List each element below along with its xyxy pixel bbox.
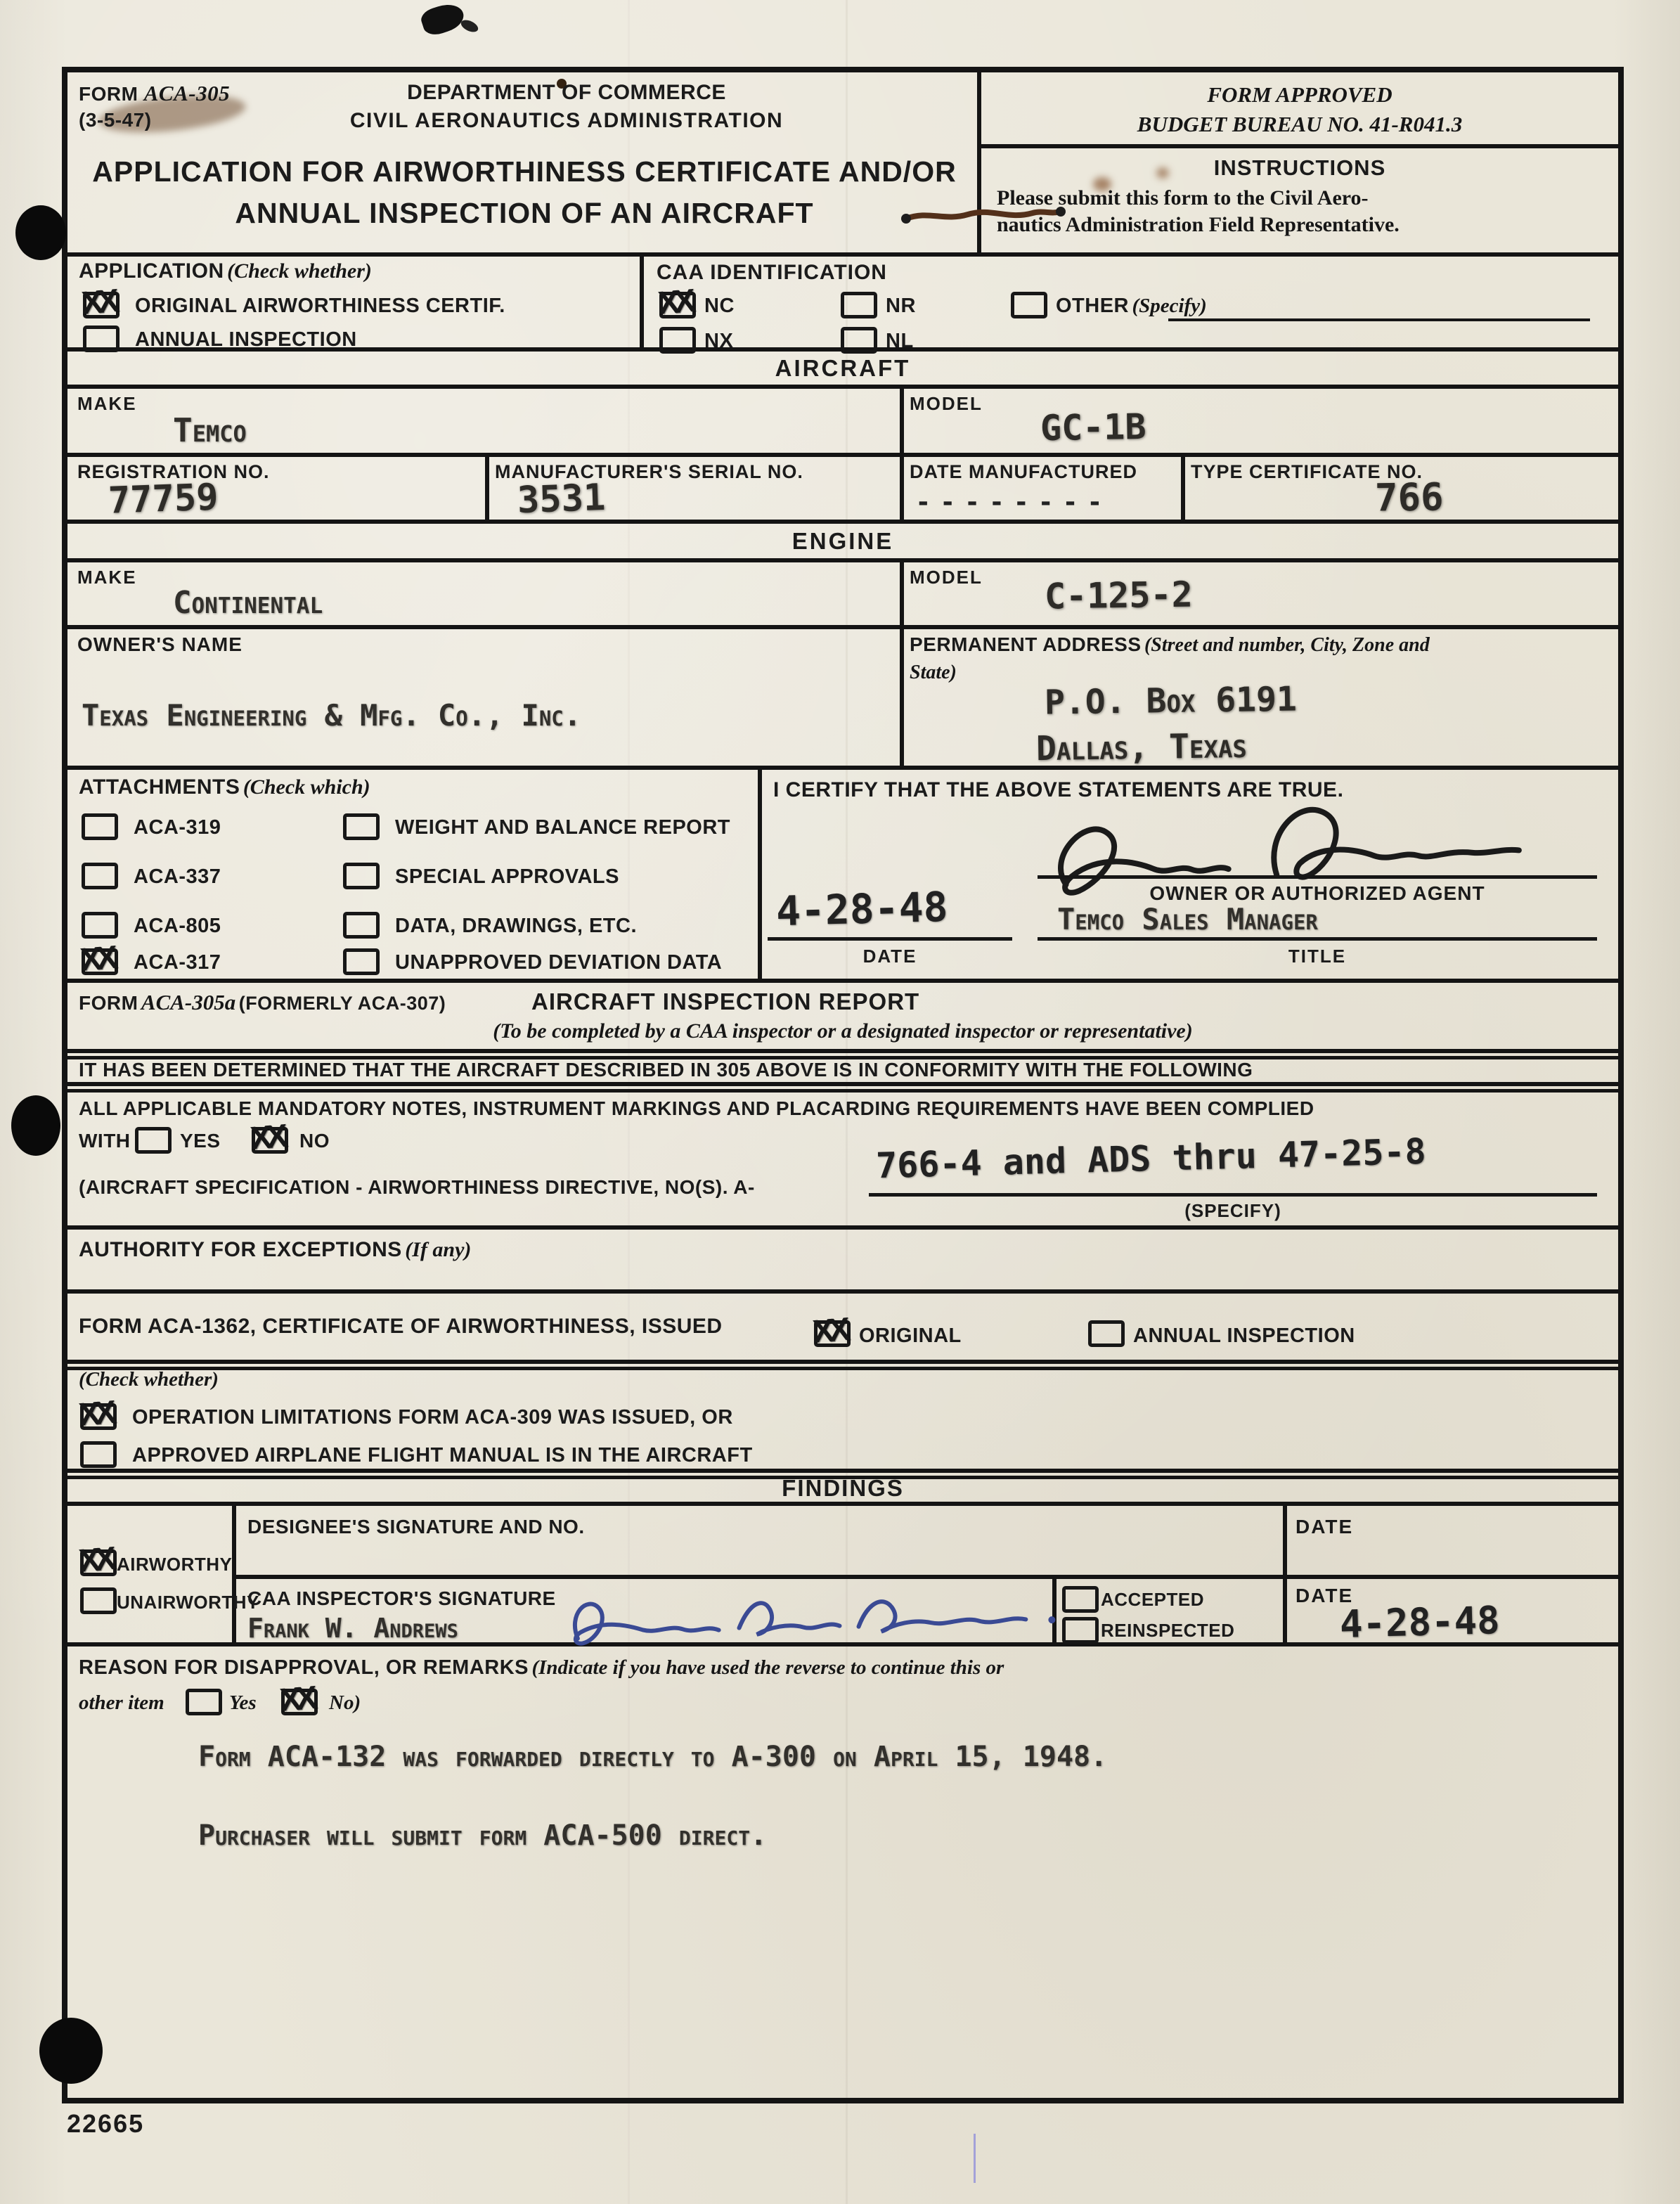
- compliance-line2: WITH: [79, 1130, 131, 1152]
- page-title-line2: ANNUAL INSPECTION OF AN AIRCRAFT: [82, 197, 967, 230]
- issued-original-checkbox[interactable]: XX: [814, 1320, 851, 1347]
- engine-make-model-row: MAKE Continental MODEL C-125-2: [67, 562, 1618, 629]
- spec-directive-label: (AIRCRAFT SPECIFICATION - AIRWORTHINESS …: [79, 1176, 755, 1199]
- original-airworthiness-checkbox[interactable]: XX: [83, 292, 119, 318]
- form-border: FORM ACA-305 (3-5-47) DEPARTMENT OF COMM…: [62, 67, 1624, 2103]
- aca-805-label: ACA-805: [134, 915, 221, 938]
- application-label: APPLICATION (Check whether): [79, 259, 372, 283]
- form-number-prefix: FORM: [79, 83, 138, 105]
- remarks-label-text: REASON FOR DISAPPROVAL, OR REMARKS: [79, 1656, 529, 1679]
- address-line1-value[interactable]: P.O. Box 6191: [1045, 679, 1298, 722]
- nr-checkbox[interactable]: [841, 292, 877, 318]
- aca-317-checkbox[interactable]: XX: [82, 948, 118, 975]
- divider: [640, 257, 644, 347]
- operation-limitations-label: OPERATION LIMITATIONS FORM ACA-309 WAS I…: [132, 1406, 733, 1429]
- application-row: APPLICATION (Check whether) XX ORIGINAL …: [67, 257, 1618, 352]
- spec-directive-value[interactable]: 766-4 and ADS thru 47-25-8: [875, 1131, 1426, 1186]
- engine-section-title: ENGINE: [792, 528, 894, 554]
- aca-337-checkbox[interactable]: [82, 863, 118, 889]
- other-label-text: OTHER: [1056, 295, 1129, 317]
- form-approved-line2: BUDGET BUREAU NO. 41-R041.3: [981, 112, 1618, 137]
- inspector-signature: [560, 1585, 1066, 1648]
- inspector-signature-label: CAA INSPECTOR'S SIGNATURE: [247, 1587, 556, 1610]
- check-mark: XX: [811, 1310, 846, 1351]
- permanent-address-note1: (Street and number, City, Zone and: [1144, 634, 1430, 656]
- engine-section-row: ENGINE: [67, 524, 1618, 562]
- remarks-yes-checkbox[interactable]: [186, 1689, 222, 1715]
- certify-date-line: [768, 937, 1012, 941]
- aca-805-checkbox[interactable]: [82, 912, 118, 939]
- address-line2-value[interactable]: Dallas, Texas: [1036, 726, 1248, 768]
- nl-checkbox[interactable]: [841, 327, 877, 354]
- inspection-report-title: AIRCRAFT INSPECTION REPORT: [531, 988, 919, 1015]
- inspection-form-prefix: FORM: [79, 992, 138, 1014]
- inspection-form-formerly: (FORMERLY ACA-307): [239, 993, 446, 1014]
- check-mark: XX: [278, 1678, 314, 1719]
- agency-name: DEPARTMENT OF COMMERCE CIVIL AERONAUTICS…: [180, 81, 953, 133]
- weight-balance-label: WEIGHT AND BALANCE REPORT: [395, 816, 730, 839]
- remarks-typed-line1: Form ACA-132 was forwarded directly to A…: [198, 1741, 1107, 1773]
- aircraft-section-title: AIRCRAFT: [775, 355, 911, 381]
- authority-label: AUTHORITY FOR EXCEPTIONS (If any): [79, 1238, 471, 1262]
- punch-hole: [15, 205, 66, 260]
- certify-date-value[interactable]: 4-28-48: [775, 883, 948, 935]
- scanned-form-page: FORM ACA-305 (3-5-47) DEPARTMENT OF COMM…: [0, 0, 1680, 2204]
- remarks-note2: other item: [79, 1691, 164, 1715]
- designee-signature-label: DESIGNEE'S SIGNATURE AND NO.: [247, 1516, 585, 1538]
- nl-label: NL: [886, 330, 914, 353]
- complied-yes-checkbox[interactable]: [135, 1127, 172, 1154]
- other-specify-line[interactable]: [1168, 318, 1590, 321]
- punch-hole: [39, 2018, 103, 2084]
- reinspected-checkbox[interactable]: [1062, 1617, 1099, 1644]
- check-mark: XX: [77, 1539, 112, 1580]
- special-approvals-label: SPECIAL APPROVALS: [395, 865, 619, 889]
- attachments-certify-row: ATTACHMENTS (Check which) ACA-319 ACA-33…: [67, 770, 1618, 983]
- remarks-no-checkbox[interactable]: XX: [281, 1689, 318, 1715]
- remarks-label-line1: REASON FOR DISAPPROVAL, OR REMARKS (Indi…: [79, 1656, 1004, 1680]
- punch-hole: [11, 1095, 60, 1156]
- unairworthy-checkbox[interactable]: [80, 1587, 117, 1614]
- aca-337-label: ACA-337: [134, 865, 221, 889]
- type-certificate-value[interactable]: 766: [1375, 475, 1444, 520]
- inspection-report-header-row: FORM ACA-305a (FORMERLY ACA-307) AIRCRAF…: [67, 983, 1618, 1053]
- attachments-label: ATTACHMENTS (Check which): [79, 775, 370, 799]
- flight-manual-label: APPROVED AIRPLANE FLIGHT MANUAL IS IN TH…: [132, 1444, 753, 1467]
- aca-319-label: ACA-319: [134, 816, 221, 839]
- instructions-title: INSTRUCTIONS: [981, 155, 1618, 181]
- owner-signature-line[interactable]: [1038, 875, 1597, 879]
- unapproved-deviation-checkbox[interactable]: [343, 948, 380, 975]
- other-checkbox[interactable]: [1011, 292, 1047, 318]
- findings-table-row: XX AIRWORTHY UNAIRWORTHY DESIGNEE'S SIGN…: [67, 1506, 1618, 1646]
- certify-title-line: [1038, 937, 1597, 941]
- data-drawings-checkbox[interactable]: [343, 912, 380, 939]
- other-label: OTHER (Specify): [1056, 295, 1207, 318]
- reinspected-label: REINSPECTED: [1101, 1620, 1234, 1642]
- agency-line2: CIVIL AERONAUTICS ADMINISTRATION: [180, 109, 953, 133]
- aircraft-make-model-row: MAKE Temco MODEL GC-1B: [67, 389, 1618, 457]
- aircraft-model-value[interactable]: GC-1B: [1040, 406, 1146, 449]
- registration-value[interactable]: 77759: [108, 476, 219, 522]
- print-serial-number: 22665: [67, 2109, 144, 2139]
- permanent-address-label: PERMANENT ADDRESS (Street and number, Ci…: [910, 633, 1430, 657]
- aircraft-section-row: AIRCRAFT: [67, 352, 1618, 389]
- engine-model-label: MODEL: [910, 567, 983, 588]
- date-manufactured-value[interactable]: - - - - - - - -: [918, 484, 1103, 519]
- scan-mark: [974, 2134, 976, 2183]
- issued-original-label: ORIGINAL: [859, 1325, 962, 1348]
- issued-annual-label: ANNUAL INSPECTION: [1133, 1325, 1355, 1348]
- authority-label-text: AUTHORITY FOR EXCEPTIONS: [79, 1238, 402, 1261]
- permanent-address-label-text: PERMANENT ADDRESS: [910, 633, 1142, 655]
- unairworthy-label: UNAIRWORTHY: [117, 1592, 259, 1613]
- check-mark: XX: [77, 1393, 112, 1433]
- page-title: APPLICATION FOR AIRWORTHINESS CERTIFICAT…: [82, 155, 967, 230]
- engine-model-value[interactable]: C-125-2: [1045, 574, 1194, 617]
- check-mark: XX: [80, 281, 115, 322]
- remarks-typed-line2: Purchaser will submit form ACA-500 direc…: [198, 1819, 767, 1852]
- permanent-address-note2: State): [910, 662, 957, 684]
- remarks-yes-label: Yes: [229, 1691, 257, 1715]
- instructions-line2: nautics Administration Field Representat…: [997, 213, 1618, 237]
- complied-no-checkbox[interactable]: XX: [252, 1127, 288, 1154]
- remarks-no-label: No): [329, 1691, 361, 1715]
- scan-mark: [419, 0, 467, 38]
- other-label-note: (Specify): [1132, 295, 1206, 317]
- specify-label: (SPECIFY): [869, 1200, 1597, 1222]
- owner-name-label: OWNER'S NAME: [77, 633, 243, 656]
- divider: [900, 562, 904, 625]
- data-drawings-label: DATA, DRAWINGS, ETC.: [395, 915, 637, 938]
- aircraft-make-value[interactable]: Temco: [173, 411, 247, 449]
- divider: [900, 457, 904, 520]
- determination-text: IT HAS BEEN DETERMINED THAT THE AIRCRAFT…: [79, 1059, 1253, 1081]
- header-row: FORM ACA-305 (3-5-47) DEPARTMENT OF COMM…: [67, 72, 1618, 257]
- inspection-form-value: ACA-305a: [141, 990, 235, 1014]
- scan-mark: [459, 18, 479, 34]
- special-approvals-checkbox[interactable]: [343, 863, 380, 889]
- accepted-checkbox[interactable]: [1062, 1586, 1099, 1613]
- serial-value[interactable]: 3531: [517, 477, 606, 522]
- date-manufactured-label: DATE MANUFACTURED: [910, 461, 1137, 483]
- divider: [236, 1575, 1618, 1579]
- agency-line1: DEPARTMENT OF COMMERCE: [180, 81, 953, 105]
- compliance-row: ALL APPLICABLE MANDATORY NOTES, INSTRUME…: [67, 1086, 1618, 1225]
- original-airworthiness-label: ORIGINAL AIRWORTHINESS CERTIF.: [135, 295, 505, 318]
- certify-title-label: TITLE: [1038, 946, 1597, 967]
- aca-1362-row: FORM ACA-1362, CERTIFICATE OF AIRWORTHIN…: [67, 1294, 1618, 1364]
- nx-checkbox[interactable]: [659, 327, 696, 354]
- inspection-form-number: FORM ACA-305a (FORMERLY ACA-307): [79, 990, 446, 1015]
- owner-name-value[interactable]: Texas Engineering & Mfg. Co., Inc.: [82, 698, 581, 733]
- operation-limitations-row: (Check whether) XX OPERATION LIMITATIONS…: [67, 1364, 1618, 1473]
- application-label-note: (Check whether): [227, 259, 372, 283]
- divider: [900, 389, 904, 453]
- check-mark: XX: [249, 1116, 284, 1157]
- aca-317-label: ACA-317: [134, 951, 221, 974]
- aircraft-numbers-row: REGISTRATION NO. 77759 MANUFACTURER'S SE…: [67, 457, 1618, 524]
- authority-row: AUTHORITY FOR EXCEPTIONS (If any): [67, 1225, 1618, 1294]
- aircraft-model-label: MODEL: [910, 393, 983, 415]
- certification-cell: I CERTIFY THAT THE ABOVE STATEMENTS ARE …: [762, 770, 1618, 979]
- check-mark: XX: [657, 281, 692, 322]
- compliance-line1: ALL APPLICABLE MANDATORY NOTES, INSTRUME…: [79, 1097, 1314, 1120]
- designee-date-label: DATE: [1295, 1516, 1353, 1538]
- annual-inspection-checkbox[interactable]: [83, 326, 119, 352]
- application-label-text: APPLICATION: [79, 259, 224, 283]
- check-whether-note: (Check whether): [79, 1368, 219, 1391]
- divider: [1283, 1506, 1287, 1642]
- engine-make-label: MAKE: [77, 567, 137, 588]
- unapproved-deviation-label: UNAPPROVED DEVIATION DATA: [395, 951, 722, 974]
- remarks-note1: (Indicate if you have used the reverse t…: [531, 1656, 1004, 1679]
- airworthy-checkbox[interactable]: XX: [80, 1549, 117, 1576]
- remarks-row: REASON FOR DISAPPROVAL, OR REMARKS (Indi…: [67, 1646, 1618, 2098]
- form-approved-box: FORM APPROVED BUDGET BUREAU NO. 41-R041.…: [981, 72, 1618, 148]
- instructions-line1: Please submit this form to the Civil Aer…: [997, 186, 1618, 210]
- inspection-date-value[interactable]: 4-28-48: [1339, 1598, 1500, 1646]
- engine-make-value[interactable]: Continental: [173, 585, 323, 621]
- caa-identification-label: CAA IDENTIFICATION: [657, 261, 887, 285]
- attachments-label-text: ATTACHMENTS: [79, 775, 240, 799]
- inspection-report-subtitle: (To be completed by a CAA inspector or a…: [67, 1019, 1618, 1043]
- owner-signature: [1022, 795, 1570, 894]
- divider: [485, 457, 489, 520]
- attachments-label-note: (Check which): [243, 775, 370, 799]
- check-mark: XX: [79, 938, 114, 979]
- nc-checkbox[interactable]: XX: [659, 292, 696, 318]
- operation-limitations-checkbox[interactable]: XX: [80, 1403, 117, 1430]
- certify-date-label: DATE: [768, 946, 1012, 967]
- flight-manual-checkbox[interactable]: [80, 1441, 117, 1468]
- divider: [900, 629, 904, 766]
- nr-label: NR: [886, 295, 916, 318]
- aca-319-checkbox[interactable]: [82, 813, 118, 840]
- owner-row: OWNER'S NAME Texas Engineering & Mfg. Co…: [67, 629, 1618, 770]
- complied-no-label: NO: [299, 1130, 330, 1152]
- spec-directive-line: [869, 1193, 1597, 1197]
- aircraft-make-label: MAKE: [77, 393, 137, 415]
- inspector-name-typed: Frank W. Andrews: [247, 1613, 458, 1644]
- annual-inspection-label: ANNUAL INSPECTION: [135, 328, 357, 352]
- certify-title-value[interactable]: Temco Sales Manager: [1057, 902, 1318, 936]
- aca-1362-label: FORM ACA-1362, CERTIFICATE OF AIRWORTHIN…: [79, 1315, 723, 1339]
- form-approved-line1: FORM APPROVED: [981, 82, 1618, 108]
- divider: [1181, 457, 1185, 520]
- instructions-box: INSTRUCTIONS Please submit this form to …: [981, 148, 1618, 257]
- nx-label: NX: [704, 330, 733, 353]
- form-revision-date: (3-5-47): [79, 109, 152, 131]
- complied-yes-label: YES: [180, 1130, 221, 1152]
- accepted-label: ACCEPTED: [1101, 1589, 1204, 1611]
- nc-label: NC: [704, 295, 735, 318]
- divider: [232, 1506, 236, 1642]
- weight-balance-checkbox[interactable]: [343, 813, 380, 840]
- airworthy-label: AIRWORTHY: [117, 1554, 232, 1575]
- authority-label-note: (If any): [405, 1238, 471, 1261]
- issued-annual-checkbox[interactable]: [1088, 1320, 1125, 1347]
- page-title-line1: APPLICATION FOR AIRWORTHINESS CERTIFICAT…: [82, 155, 967, 188]
